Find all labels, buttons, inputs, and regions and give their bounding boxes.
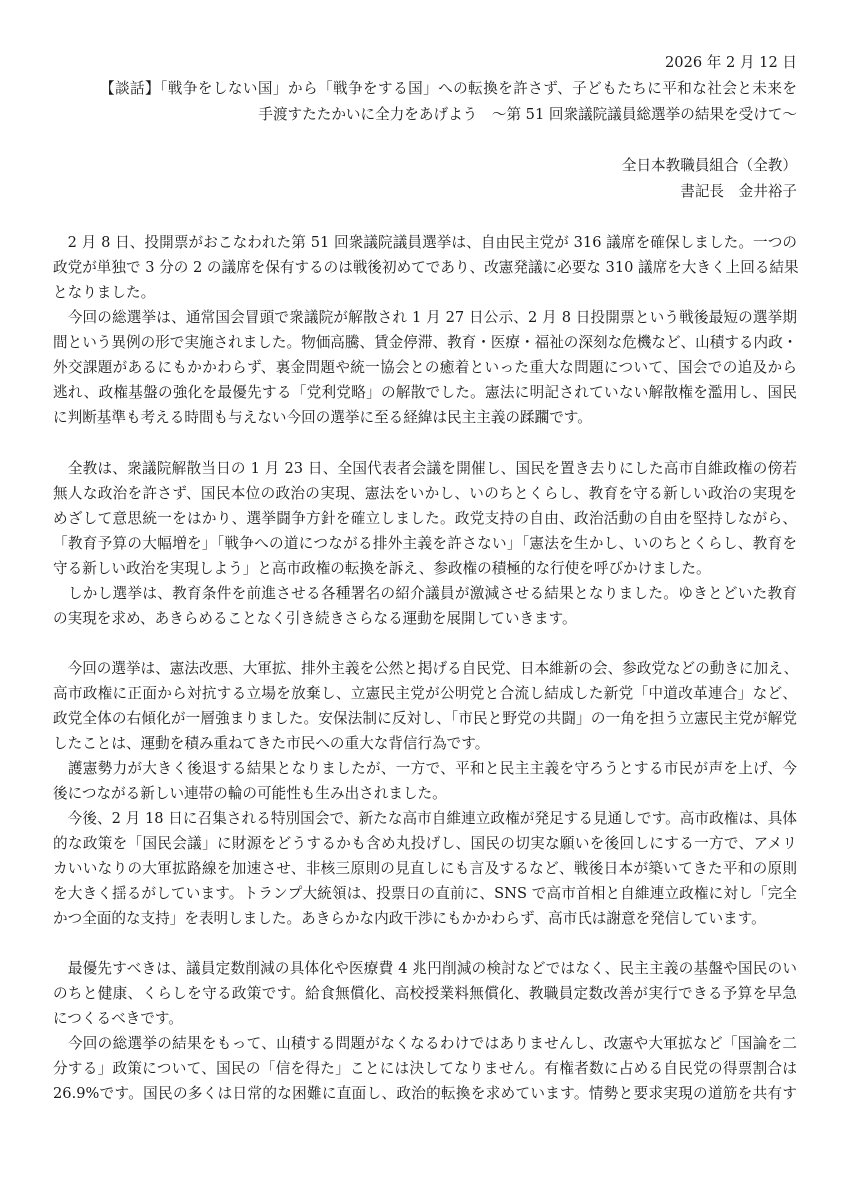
paragraph-line: につくるべきです。 [53, 1010, 797, 1028]
paragraph-line: 2 月 8 日、投開票がおこなわれた第 51 回衆議院議員選挙は、自由民主党が … [53, 234, 797, 252]
paragraph-line: に判断基準も考える時間も与えない今回の選挙に至る経緯は民主主義の蹂躙です。 [53, 409, 797, 427]
paragraph-line: したことは、運動を積み重ねてきた市民への重大な背信行為です。 [53, 735, 797, 753]
paragraph-line: 護憲勢力が大きく後退する結果となりましたが、一方で、平和と民主主義を守ろうとする… [53, 760, 797, 778]
paragraph-line: 政党全体の右傾化が一層強まりました。安保法制に反対し、「市民と野党の共闘」の一角… [53, 710, 797, 728]
paragraph-line: しかし選挙は、教育条件を前進させる各種署名の紹介議員が激減させる結果となりました… [53, 585, 797, 603]
paragraph-line: 最優先すべきは、議員定数削減の具体化や医療費 4 兆円削減の検討などではなく、民… [53, 960, 797, 978]
paragraph-line: 分する」政策について、国民の「信を得た」ことには決してなりません。有権者数に占め… [53, 1060, 797, 1078]
document-title-line-1: 【談話】「戦争をしない国」から「戦争をする国」への転換を許さず、子どもたちに平和… [100, 80, 797, 98]
paragraph-line: 26.9%です。国民の多くは日常的な困難に直面し、政治的転換を求めています。情勢… [53, 1085, 797, 1103]
paragraph-line: の実現を求め、あきらめることなく引き続きさらなる運動を展開していきます。 [53, 610, 797, 628]
paragraph-line: 間という異例の形で実施されました。物価高騰、賃金停滞、教育・医療・福祉の深刻な危… [53, 334, 797, 352]
document-date: 2026 年 2 月 12 日 [665, 54, 797, 72]
paragraph-line: 「教育予算の大幅増を」「戦争への道につながる排外主義を許さない」「憲法を生かし、… [53, 535, 797, 553]
paragraph-line: 今回の総選挙の結果をもって、山積する問題がなくなるわけではありませんし、改憲や大… [53, 1035, 797, 1053]
paragraph-line: 逃れ、政権基盤の強化を最優先する「党利党略」の解散でした。憲法に明記されていない… [53, 384, 797, 402]
paragraph-line: 政党が単独で 3 分の 2 の議席を保有するのは戦後初めてであり、改憲発議に必要… [53, 259, 797, 277]
paragraph-line: 高市政権に正面から対抗する立場を放棄し、立憲民主党が公明党と合流し結成した新党「… [53, 685, 797, 703]
paragraph-line: カいいなりの大軍拡路線を加速させ、非核三原則の見直しにも言及するなど、戦後日本が… [53, 860, 797, 878]
paragraph-line: 全教は、衆議院解散当日の 1 月 23 日、全国代表者会議を開催し、国民を置き去… [53, 460, 797, 478]
paragraph-line: 無人な政治を許さず、国民本位の政治の実現、憲法をいかし、いのちとくらし、教育を守… [53, 485, 797, 503]
paragraph-line: 後につながる新しい連帯の輪の可能性も生み出されました。 [53, 785, 797, 803]
paragraph-line: のちと健康、くらしを守る政策です。給食無償化、高校授業料無償化、教職員定数改善が… [53, 985, 797, 1003]
author-name: 書記長 金井裕子 [680, 183, 797, 201]
paragraph-line: めざして意思統一をはかり、選挙闘争方針を確立しました。政党支持の自由、政治活動の… [53, 510, 797, 528]
document-title-line-2: 手渡すたたかいに全力をあげよう ～第 51 回衆議院議員総選挙の結果を受けて～ [258, 106, 797, 124]
paragraph-line: 外交課題があるにもかかわらず、裏金問題や統一協会との癒着といった重大な問題につい… [53, 359, 797, 377]
paragraph-line: 守る新しい政治を実現しよう」と高市政権の転換を訴え、参政権の積極的な行使を呼びか… [53, 560, 797, 578]
paragraph-line: かつ全面的な支持」を表明しました。あきらかな内政干渉にもかかわらず、高市氏は謝意… [53, 910, 797, 928]
document-page: 2026 年 2 月 12 日 【談話】「戦争をしない国」から「戦争をする国」へ… [0, 0, 848, 1200]
paragraph-line: 今回の選挙は、憲法改悪、大軍拡、排外主義を公然と掲げる自民党、日本維新の会、参政… [53, 660, 797, 678]
paragraph-line: 今回の総選挙は、通常国会冒頭で衆議院が解散され 1 月 27 日公示、2 月 8… [53, 309, 797, 327]
organization-name: 全日本教職員組合（全教） [622, 157, 797, 175]
paragraph-line: 今後、2 月 18 日に召集される特別国会で、新たな高市自維連立政権が発足する見… [53, 810, 797, 828]
paragraph-line: 的な政策を「国民会議」に財源をどうするかも含め丸投げし、国民の切実な願いを後回し… [53, 835, 797, 853]
paragraph-line: を大きく揺るがしています。トランプ大統領は、投票日の直前に、SNS で高市首相と… [53, 885, 797, 903]
paragraph-line: となりました。 [53, 284, 797, 302]
